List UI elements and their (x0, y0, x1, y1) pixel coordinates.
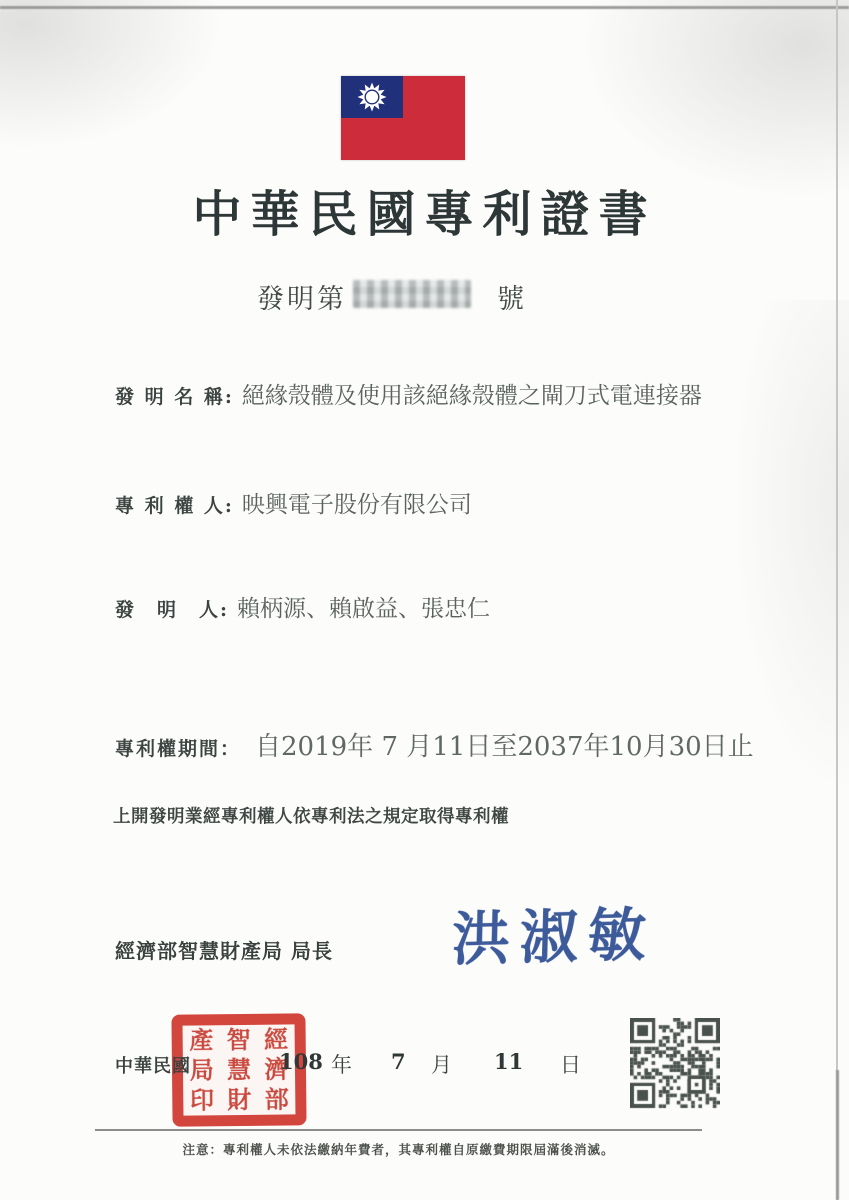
date-month-unit: 月 (431, 1049, 452, 1079)
field-patent-term: 專利權期間：自2019年 7 月11日至2037年10月30日止 (115, 726, 754, 763)
field-value: 映興電子股份有限公司 (242, 492, 472, 518)
seal-char: 部 (265, 1087, 289, 1111)
scan-smudge (0, 0, 240, 160)
field-label: 專 利 權 人: (115, 495, 234, 517)
certificate-number-suffix: 號 (497, 277, 524, 316)
roc-flag-sun-icon (341, 76, 403, 118)
director-general-signature: 洪淑敏 (451, 887, 657, 976)
date-day: 11 (494, 1049, 523, 1074)
field-inventors: 發 明 人:賴柄源、賴啟益、張忠仁 (115, 590, 490, 623)
footer-divider (95, 1129, 702, 1131)
field-value: 絕緣殼體及使用該絕緣殼體之閘刀式電連接器 (242, 383, 702, 409)
certificate-title: 中華民國專利證書 (0, 176, 849, 246)
field-invention-name: 發 明 名 稱:絕緣殼體及使用該絕緣殼體之閘刀式電連接器 (115, 377, 702, 410)
date-era: 中華民國 (115, 1052, 191, 1078)
issuer-office-title: 經濟部智慧財產局 局長 (115, 935, 333, 964)
footer-note: 注意：專利權人未依法繳納年費者，其專利權自原繳費期限屆滿後消滅。 (95, 1140, 702, 1158)
field-label: 發 明 名 稱: (115, 386, 234, 408)
field-label: 專利權期間： (115, 738, 241, 760)
seal-char: 財 (227, 1088, 251, 1112)
field-value: 自2019年 7 月11日至2037年10月30日止 (255, 732, 754, 762)
field-value: 賴柄源、賴啟益、張忠仁 (237, 596, 490, 622)
scan-page-edge (836, 1070, 839, 1200)
field-patentee: 專 利 權 人:映興電子股份有限公司 (115, 486, 472, 519)
certificate-number-row: 發明第 號 (0, 277, 849, 313)
date-month: 7 (391, 1049, 406, 1074)
redacted-certificate-number (353, 280, 471, 308)
scan-smudge (729, 300, 849, 800)
seal-char: 印 (190, 1088, 214, 1112)
roc-flag (341, 76, 465, 160)
issue-date-row: 中華民國 108 年 7 月 11 日 (0, 1049, 849, 1079)
certificate-number-prefix: 發明第 (257, 277, 347, 316)
date-year: 108 (279, 1049, 323, 1074)
patent-certificate-page: 中華民國專利證書 發明第 號 發 明 名 稱:絕緣殼體及使用該絕緣殼體之閘刀式電… (0, 0, 849, 1200)
date-day-unit: 日 (560, 1049, 581, 1079)
grant-statement: 上開發明業經專利權人依專利法之規定取得專利權 (113, 803, 509, 828)
qr-code (630, 1018, 720, 1111)
date-year-unit: 年 (331, 1049, 352, 1079)
field-label: 發 明 人: (115, 599, 229, 621)
